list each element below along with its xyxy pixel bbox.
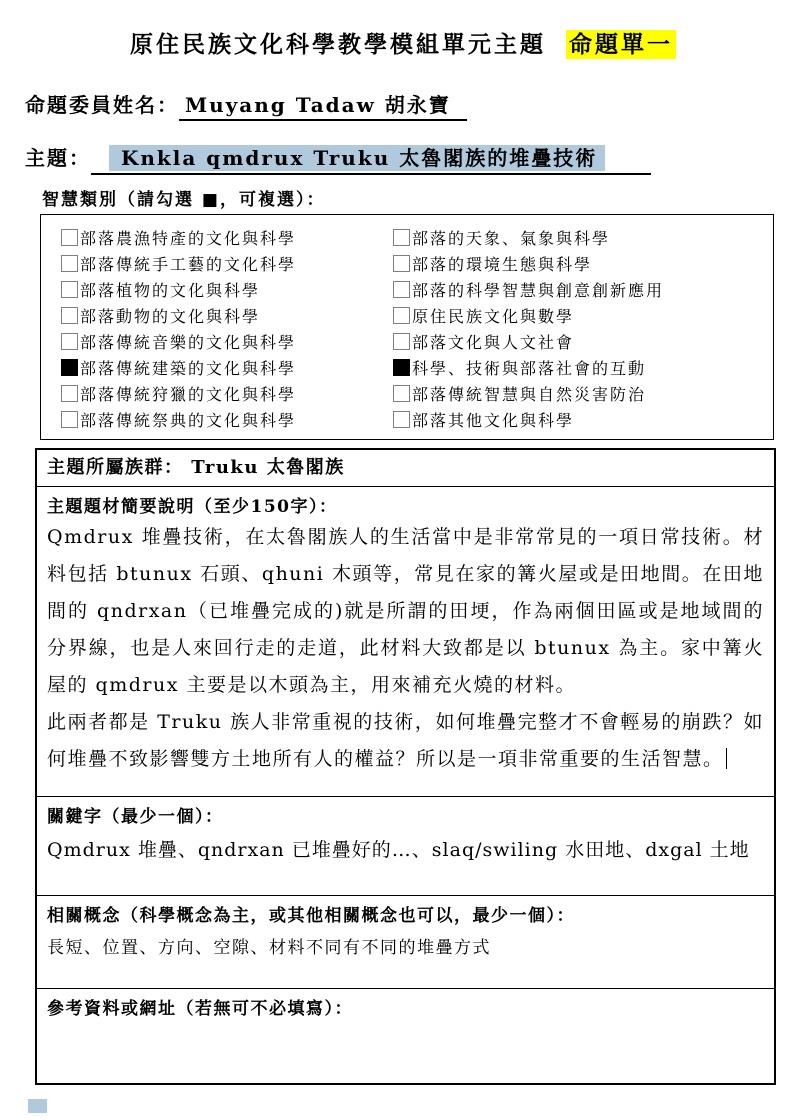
category-checkbox-box: 部落農漁特產的文化與科學 部落傳統手工藝的文化科學 部落植物的文化與科學 部落動… [40, 214, 774, 440]
topic-field: 主題： Knkla qmdrux Truku 太魯閣族的堆疊技術 [25, 142, 806, 171]
checkbox-icon[interactable] [61, 385, 78, 402]
title-highlight-badge: 命題單一 [566, 30, 676, 59]
checkbox-label: 部落動物的文化與科學 [80, 304, 260, 327]
checkbox-icon[interactable] [393, 359, 410, 376]
checkbox-item[interactable]: 部落植物的文化與科學 [61, 276, 393, 302]
checkbox-icon[interactable] [61, 359, 78, 376]
concepts-row: 相關概念（科學概念為主，或其他相關概念也可以，最少一個）： 長短、位置、方向、空… [37, 895, 774, 988]
checkbox-label: 部落的環境生態與科學 [412, 252, 592, 275]
checkbox-icon[interactable] [61, 229, 78, 246]
category-heading: 智慧類別（請勾選 ■，可複選）： [42, 185, 806, 210]
checkbox-label: 部落傳統祭典的文化與科學 [80, 408, 296, 431]
checkbox-label: 部落傳統音樂的文化與科學 [80, 330, 296, 353]
checkbox-item[interactable]: 部落的天象、氣象與科學 [393, 224, 773, 250]
checkbox-item-checked[interactable]: 部落傳統建築的文化與科學 [61, 354, 393, 380]
checkbox-icon[interactable] [393, 255, 410, 272]
checkbox-label: 部落植物的文化與科學 [80, 278, 260, 301]
checkbox-icon[interactable] [393, 385, 410, 402]
description-text[interactable]: Qmdrux 堆疊技術，在太魯閣族人的生活當中是非常常見的一項日常技術。材料包括… [47, 519, 764, 778]
checkbox-icon[interactable] [393, 307, 410, 324]
topic-label: 主題： [25, 146, 91, 170]
checkbox-icon[interactable] [61, 333, 78, 350]
checkbox-icon[interactable] [393, 411, 410, 428]
checkbox-icon[interactable] [61, 281, 78, 298]
ethnic-group-value[interactable]: Truku 太魯閣族 [191, 457, 344, 478]
keywords-row: 關鍵字（最少一個）： Qmdrux 堆疊、qndrxan 已堆疊好的…、slaq… [37, 796, 774, 895]
topic-value-selected[interactable]: Knkla qmdrux Truku 太魯閣族的堆疊技術 [109, 145, 605, 171]
description-row: 主題題材簡要說明（至少150字）： Qmdrux 堆疊技術，在太魯閣族人的生活當… [37, 486, 774, 796]
checkbox-item[interactable]: 原住民族文化與數學 [393, 302, 773, 328]
checkbox-label: 部落的天象、氣象與科學 [412, 226, 610, 249]
checkbox-item[interactable]: 部落的環境生態與科學 [393, 250, 773, 276]
checkbox-label: 原住民族文化與數學 [412, 304, 574, 327]
references-row: 參考資料或網址（若無可不必填寫）： [37, 988, 774, 1083]
committee-name-value[interactable]: Muyang Tadaw 胡永寶 [179, 93, 467, 121]
checkbox-item[interactable]: 部落文化與人文社會 [393, 328, 773, 354]
keywords-value[interactable]: Qmdrux 堆疊、qndrxan 已堆疊好的…、slaq/swiling 水田… [47, 831, 764, 869]
checkbox-item[interactable]: 部落的科學智慧與創意創新應用 [393, 276, 773, 302]
topic-underline: Knkla qmdrux Truku 太魯閣族的堆疊技術 [91, 146, 651, 175]
description-paragraph-1: Qmdrux 堆疊技術，在太魯閣族人的生活當中是非常常見的一項日常技術。材料包括… [47, 519, 764, 704]
checkbox-item-checked[interactable]: 科學、技術與部落社會的互動 [393, 354, 773, 380]
checkbox-label: 部落其他文化與科學 [412, 408, 574, 431]
category-column-right: 部落的天象、氣象與科學 部落的環境生態與科學 部落的科學智慧與創意創新應用 原住… [393, 224, 773, 432]
checkbox-label: 科學、技術與部落社會的互動 [412, 356, 646, 379]
checkbox-icon[interactable] [61, 411, 78, 428]
checkbox-item[interactable]: 部落其他文化與科學 [393, 406, 773, 432]
checkbox-label: 部落傳統智慧與自然災害防治 [412, 382, 646, 405]
checkbox-item[interactable]: 部落傳統祭典的文化與科學 [61, 406, 393, 432]
checkbox-item[interactable]: 部落傳統智慧與自然災害防治 [393, 380, 773, 406]
checkbox-item[interactable]: 部落傳統狩獵的文化與科學 [61, 380, 393, 406]
checkbox-label: 部落傳統狩獵的文化與科學 [80, 382, 296, 405]
checkbox-item[interactable]: 部落農漁特產的文化與科學 [61, 224, 393, 250]
form-table: 主題所屬族群： Truku 太魯閣族 主題題材簡要說明（至少150字）： Qmd… [35, 448, 776, 1085]
checkbox-label: 部落傳統建築的文化與科學 [80, 356, 296, 379]
selection-artifact [28, 1099, 47, 1113]
checkbox-label: 部落傳統手工藝的文化科學 [80, 252, 296, 275]
references-label: 參考資料或網址（若無可不必填寫）： [47, 994, 764, 1019]
category-column-left: 部落農漁特產的文化與科學 部落傳統手工藝的文化科學 部落植物的文化與科學 部落動… [61, 224, 393, 432]
checkbox-item[interactable]: 部落傳統手工藝的文化科學 [61, 250, 393, 276]
checkbox-icon[interactable] [61, 307, 78, 324]
committee-field: 命題委員姓名：Muyang Tadaw 胡永寶 [25, 89, 806, 118]
keywords-label: 關鍵字（最少一個）： [47, 802, 764, 827]
checkbox-icon[interactable] [393, 229, 410, 246]
checkbox-label: 部落的科學智慧與創意創新應用 [412, 278, 664, 301]
description-label: 主題題材簡要說明（至少150字）： [47, 492, 764, 517]
checkbox-item[interactable]: 部落傳統音樂的文化與科學 [61, 328, 393, 354]
concepts-label: 相關概念（科學概念為主，或其他相關概念也可以，最少一個）： [47, 901, 764, 926]
text-cursor [726, 748, 728, 769]
ethnic-group-row: 主題所屬族群： Truku 太魯閣族 [37, 450, 774, 486]
checkbox-icon[interactable] [393, 333, 410, 350]
title-text: 原住民族文化科學教學模組單元主題 [130, 31, 546, 58]
checkbox-icon[interactable] [61, 255, 78, 272]
checkbox-label: 部落文化與人文社會 [412, 330, 574, 353]
committee-label: 命題委員姓名： [25, 93, 179, 117]
page-title: 原住民族文化科學教學模組單元主題命題單一 [0, 0, 806, 59]
references-input-area[interactable] [47, 1019, 764, 1067]
concepts-value[interactable]: 長短、位置、方向、空隙、材料不同有不同的堆疊方式 [47, 930, 764, 966]
checkbox-item[interactable]: 部落動物的文化與科學 [61, 302, 393, 328]
checkbox-label: 部落農漁特產的文化與科學 [80, 226, 296, 249]
checkbox-icon[interactable] [393, 281, 410, 298]
ethnic-group-label: 主題所屬族群： [47, 457, 184, 478]
description-paragraph-2: 此兩者都是 Truku 族人非常重視的技術，如何堆疊完整才不會輕易的崩跌？如何堆… [47, 704, 764, 778]
